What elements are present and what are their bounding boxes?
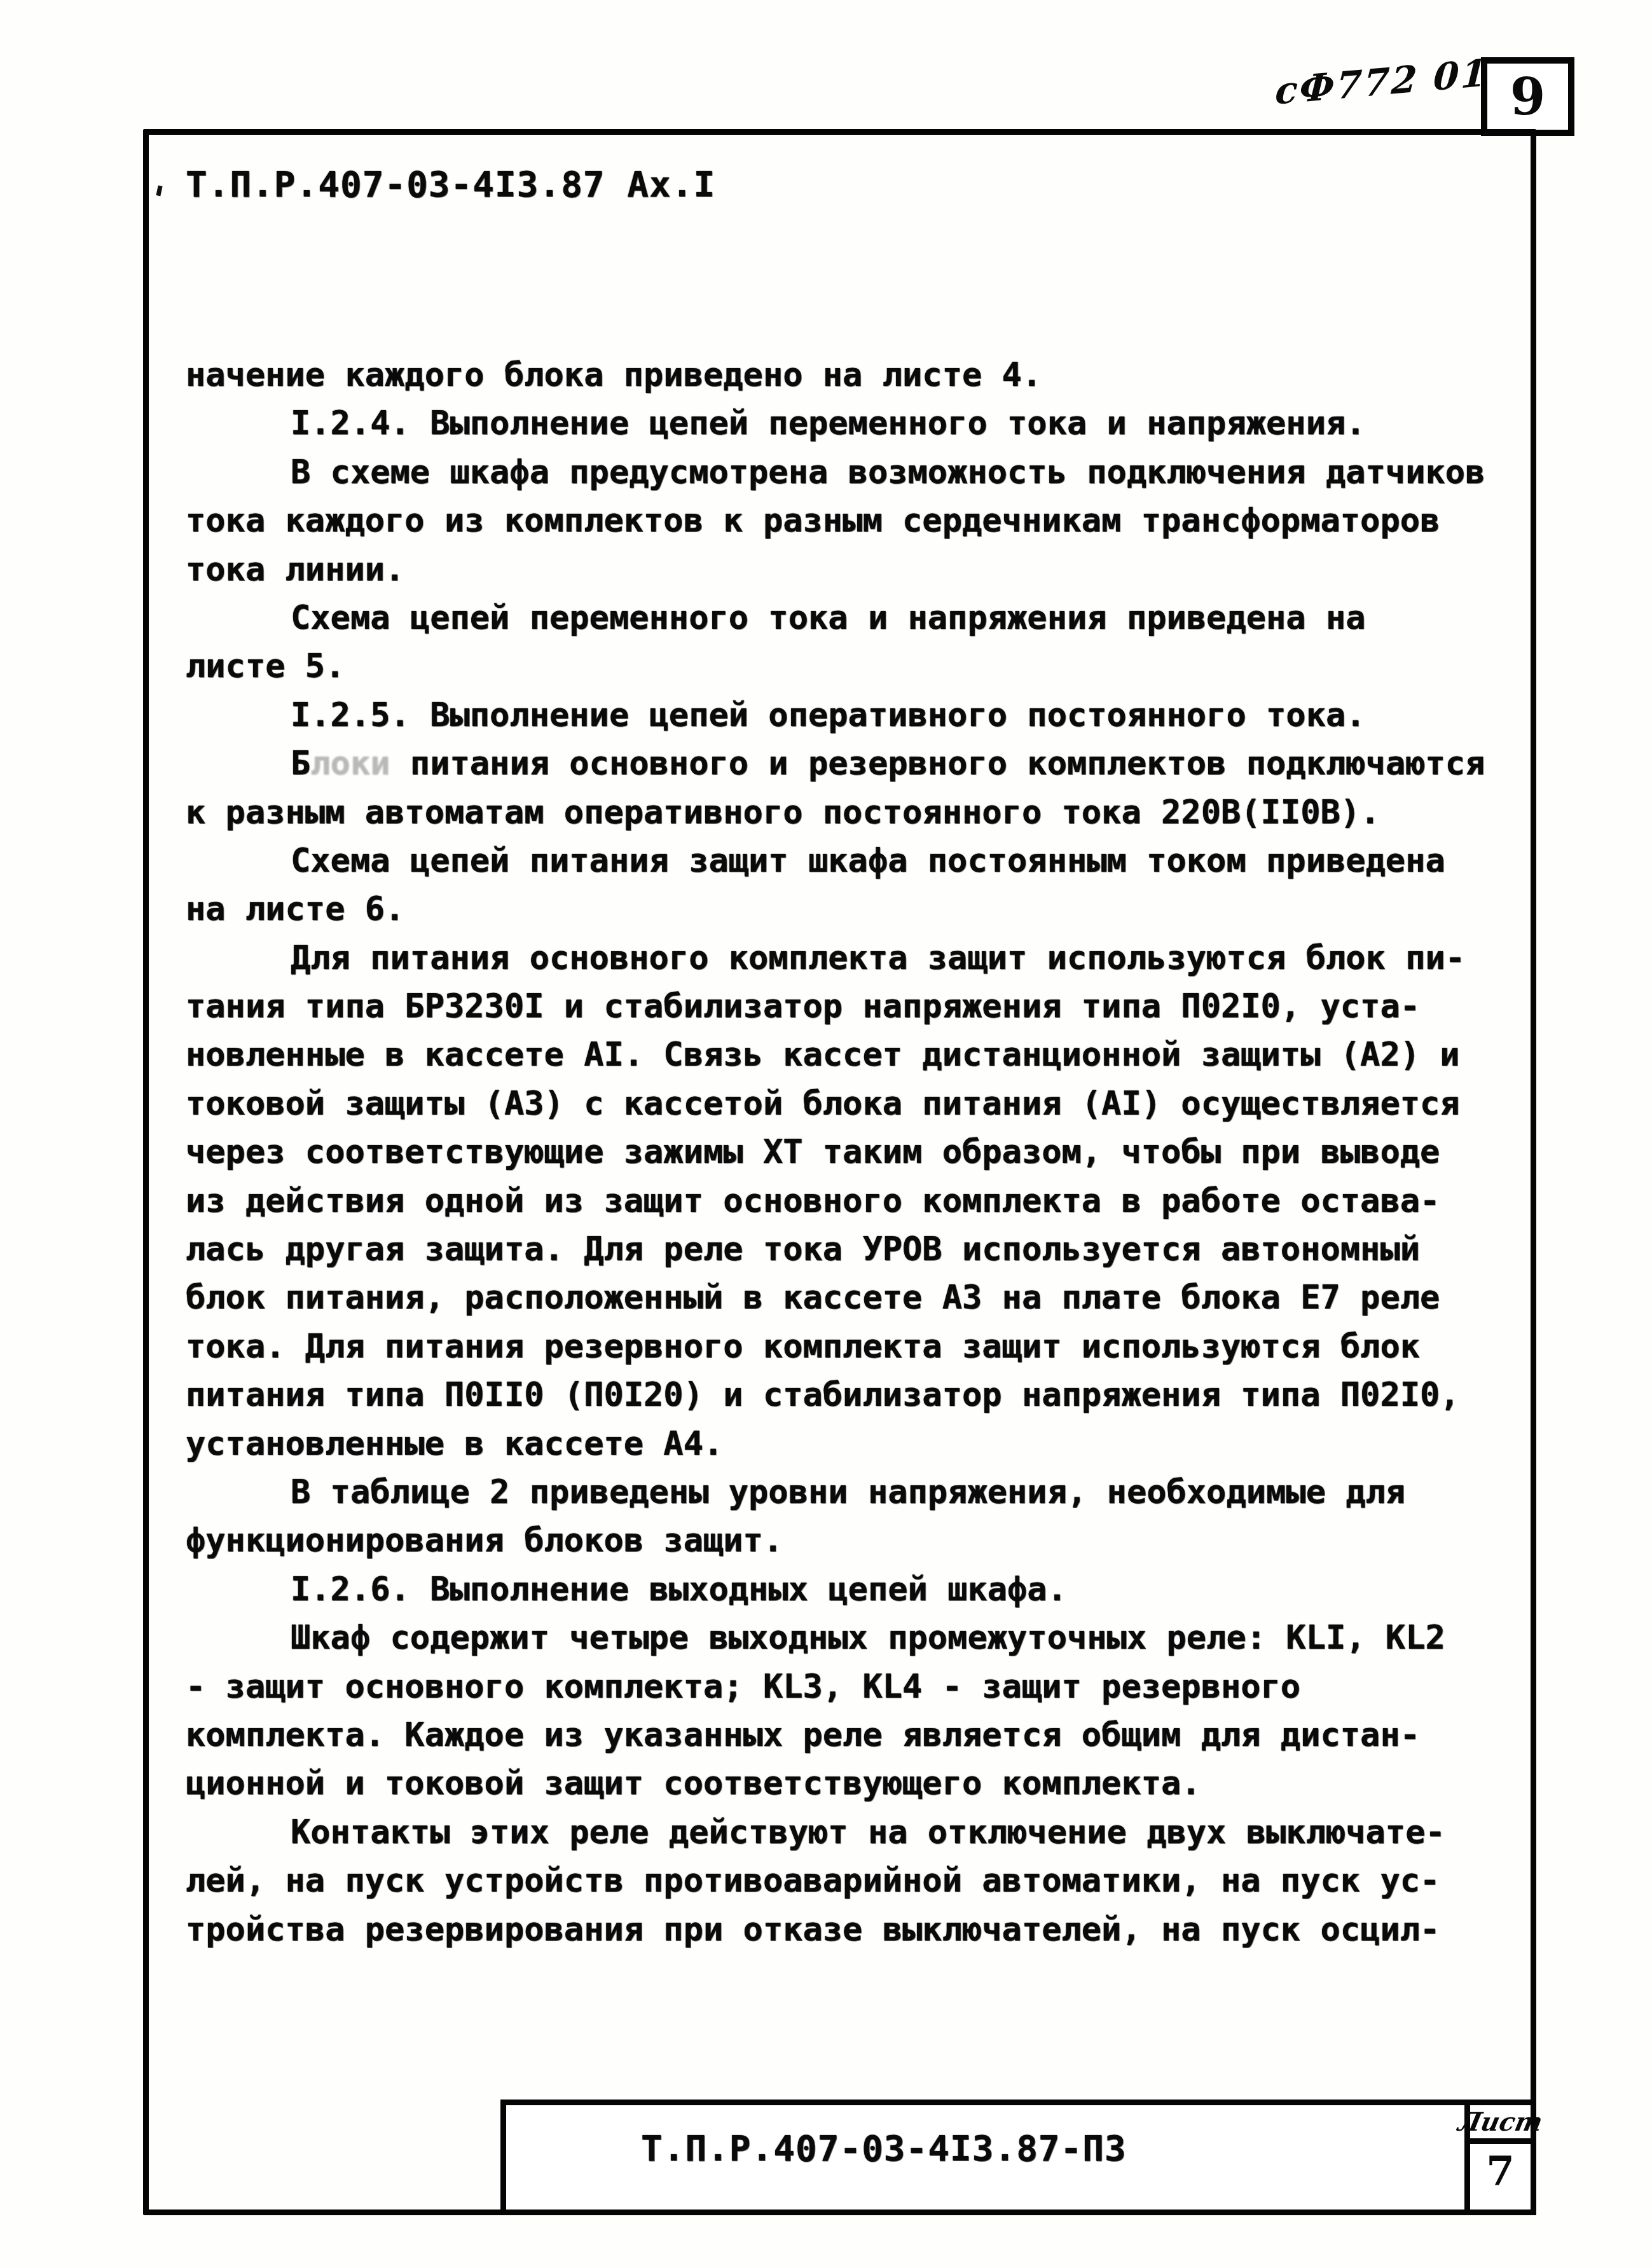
text-line: ционной и токовой защит соответствующего…: [186, 1759, 1527, 1808]
text-line: листе 5.: [186, 642, 1527, 691]
text-line: тания типа БР3230I и стабилизатор напряж…: [186, 982, 1527, 1031]
handwritten-archive-note: сФ772 01: [1274, 51, 1490, 113]
text-line: через соответствующие зажимы ХТ таким об…: [186, 1128, 1527, 1176]
sheet-number: 7: [1486, 2148, 1515, 2196]
text-line: В схеме шкафа предусмотрена возможность …: [186, 448, 1527, 497]
text-line: - защит основного комплекта; KL3, KL4 - …: [186, 1663, 1527, 1711]
text-line: Блоки питания основного и резервного ком…: [186, 739, 1527, 788]
scanned-document-page: { "page": { "corner_note": "сФ772 01", "…: [0, 0, 1652, 2268]
text-line: новленные в кассете АI. Связь кассет дис…: [186, 1031, 1527, 1079]
text-line: I.2.4. Выполнение цепей переменного тока…: [186, 399, 1527, 448]
text-line: В таблице 2 приведены уровни напряжения,…: [186, 1468, 1527, 1516]
sheet-label: Лист: [1456, 2107, 1545, 2137]
page-number: 9: [1510, 67, 1546, 127]
sheet-label-cell: Лист: [1470, 2105, 1531, 2144]
footer-sheet-column: Лист 7: [1464, 2105, 1531, 2210]
text-line: I.2.5. Выполнение цепей оперативного пос…: [186, 691, 1527, 739]
text-line: из действия одной из защит основного ком…: [186, 1177, 1527, 1225]
text-line: функционирования блоков защит.: [186, 1516, 1527, 1565]
text-line: токовой защиты (А3) с кассетой блока пит…: [186, 1080, 1527, 1128]
text-line: лась другая защита. Для реле тока УРОВ и…: [186, 1225, 1527, 1274]
footer-main-cell: Т.П.Р.407-03-4I3.87-ПЗ: [506, 2105, 1464, 2210]
page-number-box: 9: [1481, 57, 1574, 136]
footer-document-number: Т.П.Р.407-03-4I3.87-ПЗ: [641, 2128, 1127, 2169]
text-line: лей, на пуск устройств противоаварийной …: [186, 1857, 1527, 1905]
text-line: блок питания, расположенный в кассете А3…: [186, 1274, 1527, 1322]
text-line: Схема цепей питания защит шкафа постоянн…: [186, 837, 1527, 885]
text-line: I.2.6. Выполнение выходных цепей шкафа.: [186, 1565, 1527, 1614]
text-line: тока линии.: [186, 546, 1527, 594]
text-line: начение каждого блока приведено на листе…: [186, 351, 1527, 399]
text-line: Шкаф содержит четыре выходных промежуточ…: [186, 1614, 1527, 1662]
text-line: на листе 6.: [186, 885, 1527, 933]
text-line: Для питания основного комплекта защит ис…: [186, 934, 1527, 982]
body-text: начение каждого блока приведено на листе…: [186, 351, 1527, 1954]
document-number-header: Т.П.Р.407-03-4I3.87 Ах.I: [186, 164, 715, 205]
text-line: Схема цепей переменного тока и напряжени…: [186, 594, 1527, 642]
footer-title-block: Т.П.Р.407-03-4I3.87-ПЗ Лист 7: [500, 2100, 1536, 2215]
text-line: комплекта. Каждое из указанных реле явля…: [186, 1711, 1527, 1759]
faded-ink-text: локи: [310, 745, 390, 783]
text-line: установленные в кассете А4.: [186, 1420, 1527, 1468]
text-line: к разным автоматам оперативного постоянн…: [186, 788, 1527, 837]
text-line: тройства резервирования при отказе выклю…: [186, 1906, 1527, 1954]
text-line: тока. Для питания резервного комплекта з…: [186, 1323, 1527, 1371]
text-line: питания типа П0II0 (П0I20) и стабилизато…: [186, 1371, 1527, 1419]
text-line: тока каждого из комплектов к разным серд…: [186, 497, 1527, 545]
text-line: Контакты этих реле действуют на отключен…: [186, 1808, 1527, 1857]
sheet-number-cell: 7: [1470, 2144, 1531, 2210]
